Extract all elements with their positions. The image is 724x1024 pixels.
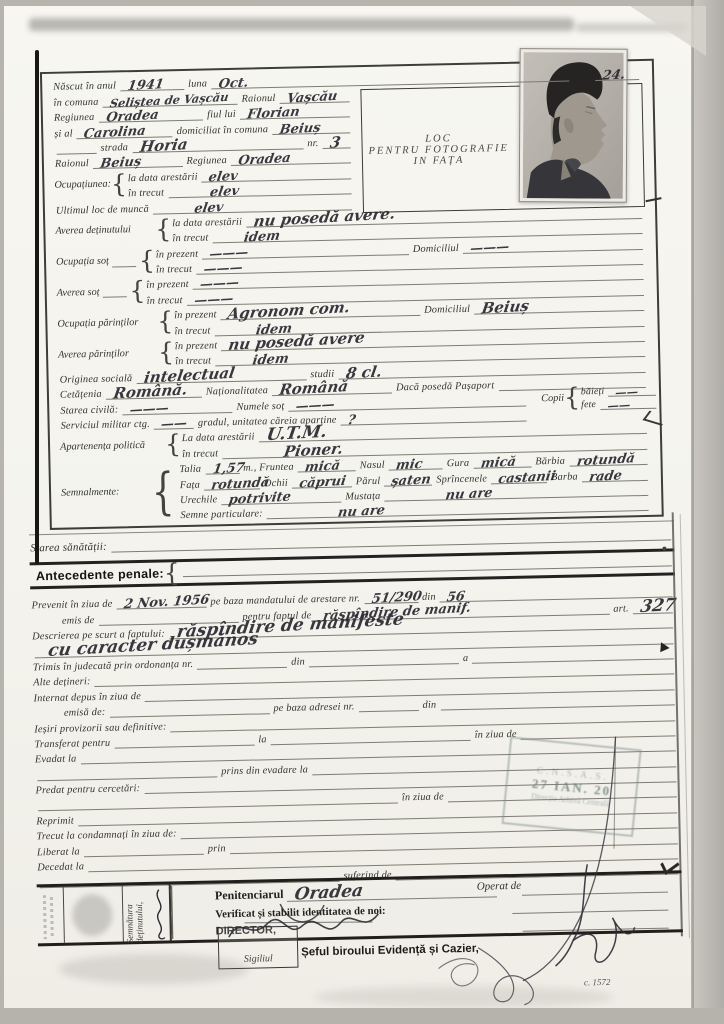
field-line: Oradea — [98, 109, 203, 123]
field-line: —— — [154, 417, 194, 430]
label: Talia — [178, 464, 202, 476]
label: în trecut — [173, 325, 211, 337]
field-line: 327 — [633, 601, 673, 614]
smudge-mark — [72, 894, 113, 937]
label: Starea sănătății: — [29, 541, 108, 555]
label: Cetățenia — [59, 389, 103, 401]
handwritten-value: nu are — [337, 503, 386, 521]
label: La data arestării — [181, 432, 256, 445]
label: Domiciliul — [412, 243, 460, 255]
label: a — [462, 653, 470, 664]
handwritten-value: ——— — [129, 400, 170, 417]
brace: { — [157, 311, 173, 331]
field-line: Beiuș — [93, 155, 183, 169]
label: Operat de — [477, 880, 522, 893]
label: Evadat la — [34, 754, 78, 766]
label: în prezent — [155, 248, 200, 260]
group-semnalmente: Semnalmente: { Talia 1,57 m., Fruntea mi… — [60, 450, 651, 524]
brace: { — [151, 471, 174, 511]
handwritten-value: Beiuș — [99, 155, 142, 172]
label: Ocupațiunea: — [54, 179, 111, 191]
label: Serviciul militar ctg. — [60, 419, 152, 432]
label: în ziua de — [401, 792, 445, 804]
scan-smudge — [29, 18, 574, 31]
brace: { — [111, 174, 127, 194]
label: domiciliat în comuna — [176, 124, 270, 137]
field-line: 1941 — [120, 78, 184, 91]
label: Reprimit — [35, 815, 75, 827]
label: Nasul — [359, 460, 386, 472]
chief-registry-label: Șeful biroului Evidență și Cazier, — [301, 943, 479, 959]
fingerprint-cell — [64, 885, 124, 942]
handwritten-value: —— — [160, 416, 188, 433]
label: nr. — [306, 138, 319, 149]
label: fete — [580, 399, 597, 410]
brace: { — [129, 281, 145, 301]
field-line — [56, 142, 96, 155]
handwritten-value: —— — [606, 397, 631, 412]
label: Starea civilă: — [59, 404, 119, 416]
handwritten-value: Beiuș — [278, 120, 321, 137]
section-title: Antecedente penale: — [30, 566, 164, 583]
label: băieți — [580, 386, 606, 398]
handwritten-value: Carolina — [83, 123, 147, 142]
copii-block: Copii { băieți —— fete —— — [541, 383, 660, 412]
handwritten-value: castanii — [497, 468, 557, 486]
label: Sprîncenele — [435, 473, 488, 485]
label: Dacă posedă Pașaport — [395, 380, 496, 393]
label: Prevenit în ziua de — [30, 599, 113, 612]
label: pe baza adresei nr. — [272, 701, 355, 714]
label: strada — [99, 142, 129, 154]
archive-date-stamp: C.N.S.A.S. 27 IAN. 20 Direcția Arhivă Ce… — [502, 736, 642, 837]
label: în comuna — [52, 97, 99, 109]
label: art. — [612, 603, 630, 614]
handwritten-value: 1,57 — [211, 461, 245, 478]
handwritten-value: rade — [588, 468, 623, 485]
handwritten-value: idem — [251, 352, 289, 369]
handwritten-value: mică — [480, 455, 517, 472]
row-copii-baieti: băieți —— — [580, 383, 659, 398]
label: Părul — [355, 475, 382, 487]
label: la — [257, 734, 268, 745]
operat-signature — [541, 859, 638, 973]
handwritten-value: Horia — [138, 135, 188, 156]
handwritten-value: mic — [395, 457, 424, 474]
brace: { — [165, 434, 181, 454]
handwritten-value: 1941 — [126, 77, 164, 94]
label: Decedat la — [36, 861, 85, 873]
label: Predat pentru cercetări: — [34, 783, 141, 796]
field-line: rotundă — [569, 453, 648, 467]
pen-mark — [660, 642, 670, 653]
pencil-smudge — [59, 954, 249, 984]
label: emisă de: — [63, 707, 107, 719]
label: Averea deținutului — [55, 224, 155, 237]
field-line — [183, 557, 672, 577]
label: Bărbia — [534, 456, 566, 468]
label: Averea părinților — [58, 347, 158, 360]
scan-background-bottom — [0, 1008, 724, 1024]
label: Urechile — [179, 494, 218, 506]
detainee-signature — [151, 888, 168, 942]
form-code: c. 1572 — [584, 977, 611, 988]
field-line: 51/290 — [364, 591, 418, 604]
brace: { — [564, 387, 580, 407]
field-line: 2 Nov. 1956 — [116, 596, 206, 610]
label: Alte dețineri: — [32, 676, 92, 688]
personal-data-box: LOC PENTRU FOTOGRAFIE IN FAȚA — [40, 59, 664, 530]
field-line: șaten — [384, 473, 432, 486]
brace: { — [139, 250, 155, 270]
operat-de-label: Operat de — [477, 880, 522, 893]
label: Mustața — [344, 491, 381, 503]
detainee-signature-label: Semnătura deținutului, — [125, 887, 146, 943]
label: Copii — [541, 392, 564, 403]
field-line: mică — [473, 456, 531, 469]
label: Născut în anul — [52, 81, 117, 93]
illegible-vertical-text — [50, 897, 54, 937]
label: Transferat pentru — [33, 738, 111, 751]
pencil-smudge — [314, 986, 614, 1008]
label: Raionul — [54, 158, 90, 170]
handwritten-value: elev — [208, 184, 239, 201]
handwritten-value: șaten — [391, 472, 433, 489]
field-line: 24. — [595, 68, 639, 81]
scan-background-edge — [692, 0, 724, 1024]
label: din — [421, 700, 437, 711]
label: emis de — [61, 615, 96, 627]
label: Ultimul loc de muncă — [55, 203, 150, 216]
label: Apartenența politică — [60, 439, 165, 452]
label: Averea soț — [57, 287, 100, 299]
label: Numele soț — [235, 400, 285, 412]
field-line — [197, 656, 287, 670]
label: Ocupația părinților — [57, 316, 157, 329]
row-copii-fete: fete —— — [580, 396, 659, 411]
label: Ocupația soț — [56, 256, 109, 268]
label: Semne particulare: — [179, 509, 264, 522]
field-line: rotundă — [204, 477, 260, 490]
label: din — [421, 592, 437, 603]
label: în trecut — [146, 295, 184, 307]
torn-paper-edge — [691, 0, 694, 1024]
label: din — [290, 656, 306, 667]
label: în trecut — [155, 264, 193, 276]
pen-mark — [644, 189, 662, 202]
label: Regiunea — [53, 112, 96, 124]
field-line: —— — [600, 397, 656, 410]
handwritten-value: 327 — [639, 595, 678, 617]
field-line: 1,57 — [205, 462, 239, 475]
label: Fața — [179, 479, 201, 490]
field-line: —— — [608, 384, 656, 397]
label: Liberat la — [36, 846, 81, 858]
label: și al — [53, 128, 74, 139]
handwritten-value: nu are — [445, 485, 494, 503]
label: m., Fruntea — [242, 462, 295, 474]
handwritten-value: căprui — [298, 473, 347, 491]
paper-page: LOC PENTRU FOTOGRAFIE IN FAȚA — [4, 6, 696, 1016]
label: c. 1572 — [584, 977, 611, 988]
handwritten-value: idem — [243, 229, 281, 246]
field-line: căprui — [292, 475, 352, 488]
field-line: mică — [298, 459, 356, 472]
handwritten-value: mică — [304, 458, 341, 475]
form-tilt-wrapper: LOC PENTRU FOTOGRAFIE IN FAȚA — [2, 0, 716, 1017]
field-line: rade — [582, 468, 648, 481]
handwritten-value: 24. — [601, 68, 626, 84]
brace: { — [155, 219, 171, 239]
label: în prezent — [174, 340, 219, 352]
label: Șeful biroului Evidență și Cazier, — [301, 943, 479, 959]
detainee-signature-cell: Semnătura deținutului, — [123, 884, 172, 941]
label: în prezent — [173, 310, 218, 322]
label: la data arestării — [171, 217, 243, 230]
handwritten-value: 8 cl. — [345, 362, 383, 382]
handwritten-value: ——— — [469, 239, 510, 256]
label: Raionul — [240, 93, 276, 105]
label: în prezent — [145, 279, 190, 291]
label: luna — [187, 79, 208, 90]
detention-section: Prevenit în ziua de 2 Nov. 1956 pe baza … — [30, 582, 681, 888]
photo-box-label: IN FAȚA — [363, 153, 515, 167]
label: Domiciliul — [423, 304, 471, 316]
label: la data arestării — [127, 171, 199, 184]
binding-fold-line — [35, 50, 39, 564]
handwritten-value: Beiuș — [480, 297, 530, 318]
field-line: Vașcău — [279, 90, 349, 104]
label: în trecut — [127, 188, 165, 200]
handwritten-value: ——— — [295, 397, 336, 414]
label: fiul lui — [206, 109, 237, 121]
handwritten-value: Vașcău — [286, 88, 339, 106]
left-margin-cell — [37, 887, 65, 944]
seal-label: Sigiliul — [244, 953, 273, 965]
label: Naționalitatea — [205, 385, 270, 397]
brace: { — [158, 342, 174, 362]
field-line — [112, 255, 136, 268]
field-line: Română. — [106, 386, 202, 400]
field-line: ——— — [122, 401, 232, 415]
pen-mark — [662, 547, 666, 551]
scanned-prison-record: { "ui": {"brace": "{"}, "photo_box": {"l… — [0, 0, 724, 1024]
label: în trecut — [181, 448, 219, 460]
handwritten-value: elev — [208, 168, 239, 185]
brace: { — [164, 563, 180, 583]
label: Gura — [446, 458, 471, 470]
field-line — [102, 286, 126, 299]
field-line: Florian — [240, 106, 350, 120]
label: în trecut — [171, 233, 209, 245]
handwritten-value: Pioner. — [282, 439, 344, 461]
handwritten-value: elev — [193, 199, 224, 216]
label: Semnalmente: — [61, 486, 147, 499]
criminal-record-section: Antecedente penale: { — [30, 548, 675, 589]
field-line: castanii — [491, 471, 547, 484]
label: prins din evadare la — [220, 764, 309, 777]
field-line — [358, 699, 418, 712]
field-line: 3 — [322, 136, 350, 149]
label: prin — [207, 843, 227, 854]
field-line: mic — [389, 458, 443, 471]
illegible-vertical-text — [43, 895, 47, 939]
